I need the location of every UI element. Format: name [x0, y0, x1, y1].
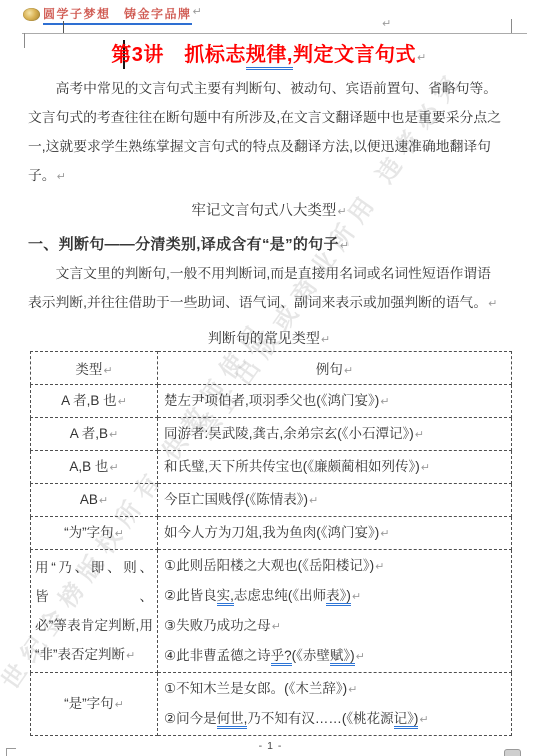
type-cell: “为”字句↵ — [31, 517, 158, 550]
text-run: 规律, — [246, 44, 293, 70]
table-caption-text: 判断句的常见类型 — [208, 330, 320, 346]
example-cell: ①不知木兰是女郎。(《木兰辞》)↵②问今是何世,乃不知有汉……(《桃花源记》)↵ — [158, 673, 512, 736]
page-number: - 1 - — [0, 740, 541, 752]
table-header-row: 类型↵ 例句↵ — [31, 352, 512, 385]
boundary-tick — [511, 19, 512, 33]
col-header-type: 类型↵ — [31, 352, 158, 385]
paragraph-mark: ↵ — [352, 590, 361, 603]
text-run: 乎? — [271, 648, 292, 666]
header-slogan-link[interactable]: 圆学子梦想 铸金字品牌 — [43, 5, 192, 25]
type-cell: “是”字句↵ — [31, 673, 158, 736]
text-run: 判定文言句式 — [293, 44, 416, 66]
publisher-logo-icon — [23, 8, 40, 21]
table-row: A,B 也↵和氏璧,天下所共传宝也(《廉颇蔺相如列传》)↵ — [31, 451, 512, 484]
text-run: 和氏璧,天下所共传宝也(《廉颇蔺相如列传》) — [164, 459, 420, 474]
cell-line: ②问今是何世,乃不知有汉……(《桃花源记》)↵ — [164, 704, 509, 734]
example-cell: 同游者:吴武陵,龚古,余弟宗玄(《小石潭记》)↵ — [158, 418, 512, 451]
paragraph-mark: ↵ — [321, 333, 330, 346]
text-run: AB — [80, 492, 98, 507]
text-run: 实, — [217, 588, 234, 606]
paragraph-mark: ↵ — [380, 527, 389, 540]
cell-line: 必”等表肯定判断,用 — [35, 611, 153, 640]
cell-line: AB↵ — [33, 485, 155, 515]
type-cell: A 者,B 也↵ — [31, 385, 158, 418]
paragraph-mark: ↵ — [337, 205, 346, 218]
boundary-tick — [24, 33, 25, 48]
cell-line: A 者,B↵ — [33, 419, 155, 449]
paragraph-mark: ↵ — [115, 698, 124, 711]
text-run: ④此非曹孟德之诗 — [164, 648, 271, 663]
paragraph-mark: ↵ — [421, 461, 430, 474]
section-heading-text: 一、判断句——分清类别,译成含有“是”的句子 — [28, 236, 339, 253]
text-run: 志虑忠纯(《出师 — [234, 588, 326, 603]
text-run: ①不知木兰是女郎。(《木兰辞》) — [164, 681, 347, 696]
cell-line: 楚左尹项伯者,项羽季父也(《鸿门宴》)↵ — [164, 386, 509, 416]
text-run: ②问今是 — [164, 711, 217, 726]
text-run: 乃不知有汉……(《桃花源 — [247, 711, 393, 726]
scroll-button[interactable] — [504, 749, 521, 756]
cell-line: “为”字句↵ — [33, 518, 155, 548]
paragraph-mark: ↵ — [103, 364, 112, 377]
table-row: “是”字句↵①不知木兰是女郎。(《木兰辞》)↵②问今是何世,乃不知有汉……(《桃… — [31, 673, 512, 736]
cell-line: “非”表否定判断↵ — [35, 640, 153, 670]
col-header-example: 例句↵ — [158, 352, 512, 385]
text-line: 文言文里的判断句,一般不用判断词,而是直接用名词或名词性短语作谓语 — [28, 259, 514, 288]
text-run: A 者,B 也 — [61, 393, 117, 408]
table-row: A 者,B 也↵楚左尹项伯者,项羽季父也(《鸿门宴》)↵ — [31, 385, 512, 418]
paragraph-mark: ↵ — [415, 428, 424, 441]
text-line: 文言句式的考查往往在断句题中有所涉及,在文言文翻译题中也是重要采分点之 — [28, 103, 514, 132]
memo-title-text: 牢记文言句式八大类型 — [191, 203, 336, 219]
text-line: 子。↵ — [28, 161, 514, 191]
text-run: ①此则岳阳楼之大观也(《岳阳楼记》) — [164, 558, 374, 573]
explanation-paragraph: 文言文里的判断句,一般不用判断词,而是直接用名词或名词性短语作谓语表示判断,并往… — [28, 259, 514, 318]
paragraph-mark: ↵ — [126, 649, 135, 662]
text-run: 同游者:吴武陵,龚古,余弟宗玄(《小石潭记》) — [164, 426, 414, 441]
col-header-type-text: 类型 — [75, 362, 102, 377]
paragraph-mark: ↵ — [380, 395, 389, 408]
col-header-example-text: 例句 — [316, 362, 343, 377]
text-run: 表》) — [326, 588, 351, 606]
paragraph-mark: ↵ — [488, 297, 497, 310]
paragraph-mark: ↵ — [109, 428, 118, 441]
paragraph-mark: ↵ — [419, 713, 428, 726]
paragraph-mark: ↵ — [340, 239, 350, 252]
example-cell: 今臣亡国贱俘(《陈情表》)↵ — [158, 484, 512, 517]
text-run: 用“乃、即、则、皆、 — [35, 560, 153, 604]
boundary-corner-mark — [6, 748, 16, 756]
table-row: AB↵今臣亡国贱俘(《陈情表》)↵ — [31, 484, 512, 517]
type-cell: AB↵ — [31, 484, 158, 517]
cell-line: ③失败乃成功之母↵ — [164, 611, 509, 641]
cell-line: “是”字句↵ — [33, 689, 155, 719]
paragraph-mark: ↵ — [193, 5, 202, 18]
cell-line: 和氏璧,天下所共传宝也(《廉颇蔺相如列传》)↵ — [164, 452, 509, 482]
memo-title: 牢记文言句式八大类型↵ — [28, 197, 510, 226]
paragraph-mark: ↵ — [57, 170, 66, 183]
example-cell: 如今人方为刀俎,我为鱼肉(《鸿门宴》)↵ — [158, 517, 512, 550]
paragraph-mark: ↵ — [109, 461, 118, 474]
paragraph-mark: ↵ — [344, 364, 353, 377]
boundary-tick — [63, 21, 64, 33]
document-page: 世纪金榜版权所有 供教师使用 禁止出版或商业所用 违者必究 圆学子梦想 铸金字品… — [0, 0, 541, 756]
text-line: 表示判断,并往往借助于一些助词、语气词、副词来表示或加强判断的语气。↵ — [28, 288, 514, 318]
table-row: 用“乃、即、则、皆、必”等表肯定判断,用“非”表否定判断↵①此则岳阳楼之大观也(… — [31, 550, 512, 673]
table-row: A 者,B↵同游者:吴武陵,龚古,余弟宗玄(《小石潭记》)↵ — [31, 418, 512, 451]
header-boundary-line — [22, 33, 527, 34]
paragraph-mark: ↵ — [272, 620, 281, 633]
lesson-title: 第3讲 抓标志规律,判定文言句式↵ — [28, 40, 510, 73]
type-cell: A 者,B↵ — [31, 418, 158, 451]
text-run: 记》) — [394, 711, 419, 729]
cell-line: ②此皆良实,志虑忠纯(《出师表》)↵ — [164, 581, 509, 611]
paragraph-mark: ↵ — [356, 650, 365, 663]
intro-paragraph: 高考中常见的文言句式主要有判断句、被动句、宾语前置句、省略句等。文言句式的考查往… — [28, 74, 514, 191]
section-heading: 一、判断句——分清类别,译成含有“是”的句子↵ — [28, 230, 514, 260]
cell-line: 同游者:吴武陵,龚古,余弟宗玄(《小石潭记》)↵ — [164, 419, 509, 449]
paragraph-mark: ↵ — [115, 527, 124, 540]
paragraph-mark: ↵ — [348, 683, 357, 696]
text-run: A 者,B — [70, 426, 108, 441]
paragraph-mark: ↵ — [375, 560, 384, 573]
text-run: ②此皆良 — [164, 588, 217, 603]
table-row: “为”字句↵如今人方为刀俎,我为鱼肉(《鸿门宴》)↵ — [31, 517, 512, 550]
text-run: 楚左尹项伯者,项羽季父也(《鸿门宴》) — [164, 393, 379, 408]
text-line: 一,这就要求学生熟练掌握文言句式的特点及翻译方法,以便迅速准确地翻译句 — [28, 132, 514, 161]
text-run: 赋》) — [330, 648, 355, 666]
text-run: “非”表否定判断 — [35, 647, 125, 662]
example-cell: 和氏璧,天下所共传宝也(《廉颇蔺相如列传》)↵ — [158, 451, 512, 484]
text-run: (《赤壁 — [292, 648, 330, 663]
cell-line: ①不知木兰是女郎。(《木兰辞》)↵ — [164, 674, 509, 704]
cell-line: ④此非曹孟德之诗乎?(《赤壁赋》)↵ — [164, 641, 509, 671]
text-run: 如今人方为刀俎,我为鱼肉(《鸿门宴》) — [164, 525, 379, 540]
text-run: 必”等表肯定判断,用 — [35, 618, 153, 633]
text-run: 今臣亡国贱俘(《陈情表》) — [164, 492, 308, 507]
table-caption: 判断句的常见类型↵ — [28, 324, 510, 354]
text-run: A,B 也 — [69, 459, 108, 474]
paragraph-mark: ↵ — [99, 494, 108, 507]
cell-line: 如今人方为刀俎,我为鱼肉(《鸿门宴》)↵ — [164, 518, 509, 548]
example-cell: 楚左尹项伯者,项羽季父也(《鸿门宴》)↵ — [158, 385, 512, 418]
cell-line: ①此则岳阳楼之大观也(《岳阳楼记》)↵ — [164, 551, 509, 581]
text-run: ③失败乃成功之母 — [164, 618, 271, 633]
judgment-types-table: 类型↵ 例句↵ A 者,B 也↵楚左尹项伯者,项羽季父也(《鸿门宴》)↵A 者,… — [30, 351, 512, 736]
text-run: 何世, — [217, 711, 248, 729]
text-line: 高考中常见的文言句式主要有判断句、被动句、宾语前置句、省略句等。 — [28, 74, 514, 103]
paragraph-mark: ↵ — [382, 17, 391, 30]
type-cell: 用“乃、即、则、皆、必”等表肯定判断,用“非”表否定判断↵ — [31, 550, 158, 673]
cell-line: A,B 也↵ — [33, 452, 155, 482]
text-run: “是”字句 — [64, 696, 114, 711]
paragraph-mark: ↵ — [417, 51, 427, 64]
paragraph-mark: ↵ — [309, 494, 318, 507]
text-run: “为”字句 — [64, 525, 114, 540]
paragraph-mark: ↵ — [118, 395, 127, 408]
cell-line: 今臣亡国贱俘(《陈情表》)↵ — [164, 485, 509, 515]
cell-line: 用“乃、即、则、皆、 — [35, 553, 153, 611]
header-slogan-wrap: 圆学子梦想 铸金字品牌 ↵ — [43, 5, 202, 25]
cell-line: A 者,B 也↵ — [33, 386, 155, 416]
example-cell: ①此则岳阳楼之大观也(《岳阳楼记》)↵②此皆良实,志虑忠纯(《出师表》)↵③失败… — [158, 550, 512, 673]
type-cell: A,B 也↵ — [31, 451, 158, 484]
text-run: 第3讲 抓标志 — [111, 44, 246, 66]
